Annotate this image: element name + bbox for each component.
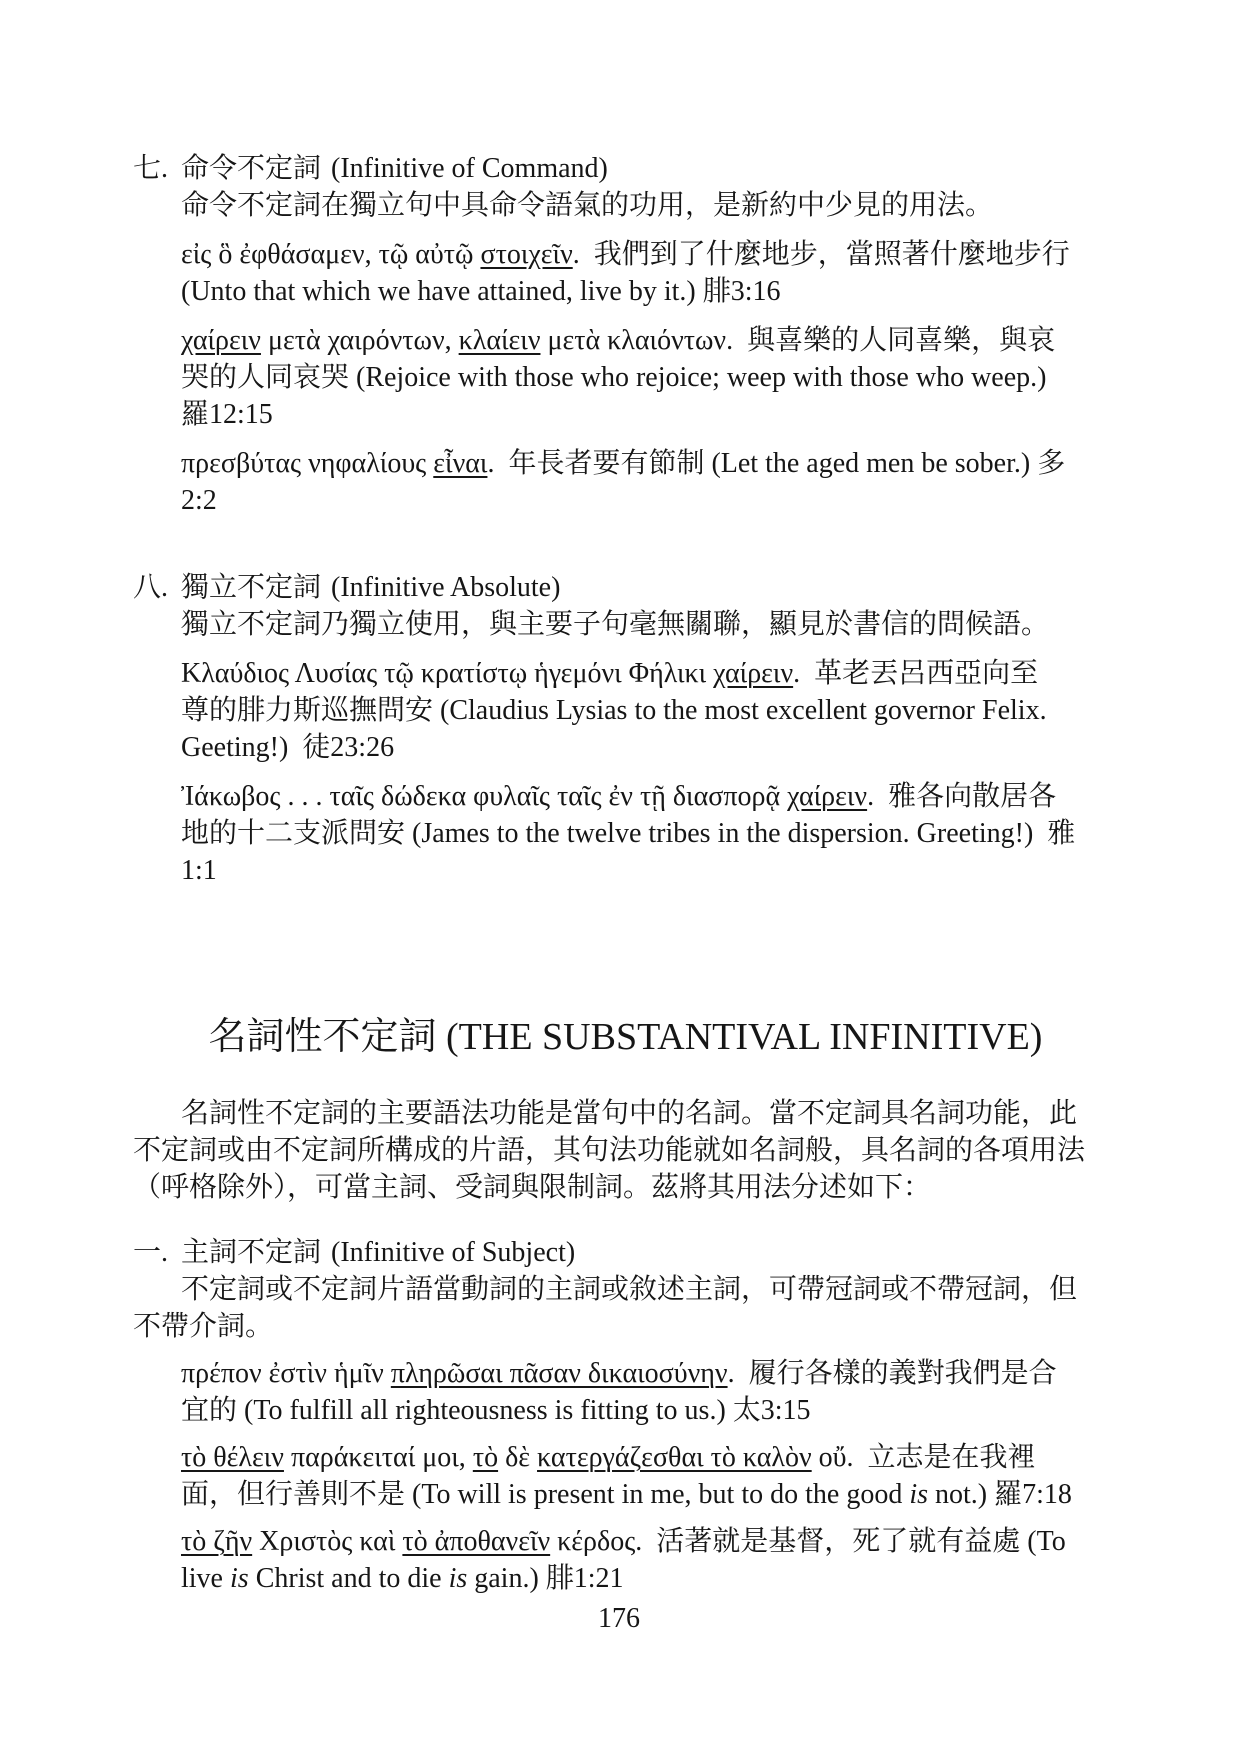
text-run: 哭的人同哀哭 (Rejoice with those who rejoice; … [181, 362, 1046, 393]
text-run: παράκειταί μοι, [284, 1442, 473, 1473]
intro-line: 不帶介詞。 [133, 1308, 1118, 1345]
text-run: πρέπον ἐστὶν ἡμῖν [181, 1358, 391, 1389]
example-line: Ἰάκωβος . . . ταῖς δώδεκα φυλαῖς ταῖς ἐν… [181, 778, 1118, 815]
chapter-heading: 名詞性不定詞 (THE SUBSTANTIVAL INFINITIVE) [133, 1013, 1118, 1061]
underlined-text-run: τὸ ζῆν [181, 1526, 252, 1557]
section-title-zh: 獨立不定詞 [181, 572, 321, 603]
text-run: εἰς ὃ ἐφθάσαμεν, τῷ αὐτῷ [181, 239, 480, 270]
text-run: μετὰ χαιρόντων, [261, 325, 459, 356]
example-line: 1:1 [181, 852, 1118, 889]
example-paragraph: πρέπον ἐστὶν ἡμῖν πληρῶσαι πᾶσαν δικαιοσ… [181, 1355, 1118, 1429]
section-number: 七. [133, 150, 181, 187]
underlined-text-run: τὸ [473, 1442, 498, 1473]
text-run: 1:1 [181, 855, 217, 886]
italic-text-run: is [449, 1563, 468, 1594]
text-run: (Unto that which we have attained, live … [181, 276, 781, 307]
text-run: 羅12:15 [181, 399, 273, 430]
underlined-text-run: τὸ ἀποθανεῖν [402, 1526, 550, 1557]
section-infinitive-of-command: 七.命令不定詞(Infinitive of Command) 命令不定詞在獨立句… [133, 150, 1118, 519]
example-line: 2:2 [181, 482, 1118, 519]
example-line: χαίρειν μετὰ χαιρόντων, κλαίειν μετὰ κλα… [181, 322, 1118, 359]
section-intro: 命令不定詞在獨立句中具命令語氣的功用，是新約中少見的用法。 [133, 187, 1118, 224]
text-run: οὔ. 立志是在我裡 [812, 1442, 1036, 1473]
text-run: κέρδος. 活著就是基督，死了就有益處 (To [550, 1526, 1066, 1557]
text-run: Κλαύδιος Λυσίας τῷ κρατίστῳ ἡγεμόνι Φήλι… [181, 658, 713, 689]
section-infinitive-absolute: 八.獨立不定詞(Infinitive Absolute) 獨立不定詞乃獨立使用，… [133, 569, 1118, 889]
section-heading: 七.命令不定詞(Infinitive of Command) [133, 150, 1118, 187]
underlined-text-run: χαίρειν [713, 658, 793, 689]
example-line: Geeting!) 徒23:26 [181, 729, 1118, 766]
example-paragraph: εἰς ὃ ἐφθάσαμεν, τῷ αὐτῷ στοιχεῖν. 我們到了什… [181, 236, 1118, 310]
example-line: πρέπον ἐστὶν ἡμῖν πληρῶσαι πᾶσαν δικαιοσ… [181, 1355, 1118, 1392]
text-run: . 履行各樣的義對我們是合 [728, 1358, 1057, 1389]
example-line: 尊的腓力斯巡撫問安 (Claudius Lysias to the most e… [181, 692, 1118, 729]
section-title-zh: 命令不定詞 [181, 153, 321, 184]
example-paragraph: χαίρειν μετὰ χαιρόντων, κλαίειν μετὰ κλα… [181, 322, 1118, 433]
section-number: 八. [133, 569, 181, 606]
example-line: τὸ θέλειν παράκειταί μοι, τὸ δὲ κατεργάζ… [181, 1439, 1118, 1476]
text-run: Geeting!) 徒23:26 [181, 732, 394, 763]
section-heading: 八.獨立不定詞(Infinitive Absolute) [133, 569, 1118, 606]
example-line: 地的十二支派問安 (James to the twelve tribes in … [181, 815, 1118, 852]
section-number: 一. [133, 1234, 181, 1271]
section-title-zh: 主詞不定詞 [181, 1237, 321, 1268]
paragraph-line: 不定詞或由不定詞所構成的片語，其句法功能就如名詞般，具名詞的各項用法 [133, 1132, 1118, 1169]
paragraph-line: （呼格除外），可當主詞、受詞與限制詞。茲將其用法分述如下： [133, 1169, 1118, 1206]
section-infinitive-of-subject: 一.主詞不定詞(Infinitive of Subject) 不定詞或不定詞片語… [133, 1234, 1118, 1597]
text-run: . 年長者要有節制 (Let the aged men be sober.) 多 [487, 448, 1065, 479]
example-line: live is Christ and to die is gain.) 腓1:2… [181, 1560, 1118, 1597]
intro-line: 不定詞或不定詞片語當動詞的主詞或敘述主詞，可帶冠詞或不帶冠詞，但 [133, 1271, 1118, 1308]
italic-text-run: is [909, 1479, 928, 1510]
example-line: 宜的 (To fulfill all righteousness is fitt… [181, 1392, 1118, 1429]
text-run: 宜的 (To fulfill all righteousness is fitt… [181, 1395, 811, 1426]
intro-line: 獨立不定詞乃獨立使用，與主要子句毫無關聯，顯見於書信的問候語。 [133, 606, 1118, 643]
content-area: 七.命令不定詞(Infinitive of Command) 命令不定詞在獨立句… [133, 150, 1118, 1597]
section-intro: 不定詞或不定詞片語當動詞的主詞或敘述主詞，可帶冠詞或不帶冠詞，但 不帶介詞。 [133, 1271, 1118, 1345]
text-run: 2:2 [181, 485, 217, 516]
underlined-text-run: πληρῶσαι πᾶσαν δικαιοσύνην [391, 1358, 728, 1389]
text-run: gain.) 腓1:21 [467, 1563, 623, 1594]
example-line: (Unto that which we have attained, live … [181, 273, 1118, 310]
text-run: . 我們到了什麼地步，當照著什麼地步行 [573, 239, 1070, 270]
document-page: 七.命令不定詞(Infinitive of Command) 命令不定詞在獨立句… [0, 0, 1238, 1750]
underlined-text-run: στοιχεῖν [480, 239, 572, 270]
text-run: . 革老丟呂西亞向至 [793, 658, 1038, 689]
example-line: πρεσβύτας νηφαλίους εἶναι. 年長者要有節制 (Let … [181, 445, 1118, 482]
underlined-text-run: χαίρειν [181, 325, 261, 356]
example-line: 面，但行善則不是 (To will is present in me, but … [181, 1476, 1118, 1513]
text-run: live [181, 1563, 230, 1594]
example-paragraph: πρεσβύτας νηφαλίους εἶναι. 年長者要有節制 (Let … [181, 445, 1118, 519]
underlined-text-run: κατεργάζεσθαι τὸ καλὸν [537, 1442, 812, 1473]
example-paragraph: Κλαύδιος Λυσίας τῷ κρατίστῳ ἡγεμόνι Φήλι… [181, 655, 1118, 766]
italic-text-run: is [230, 1563, 249, 1594]
example-paragraph: Ἰάκωβος . . . ταῖς δώδεκα φυλαῖς ταῖς ἐν… [181, 778, 1118, 889]
example-line: τὸ ζῆν Χριστὸς καὶ τὸ ἀποθανεῖν κέρδος. … [181, 1523, 1118, 1560]
example-paragraph: τὸ θέλειν παράκειταί μοι, τὸ δὲ κατεργάζ… [181, 1439, 1118, 1513]
paragraph-line: 名詞性不定詞的主要語法功能是當句中的名詞。當不定詞具名詞功能，此 [133, 1095, 1118, 1132]
section-title-en: (Infinitive Absolute) [331, 572, 560, 603]
example-line: 哭的人同哀哭 (Rejoice with those who rejoice; … [181, 359, 1118, 396]
section-title-en: (Infinitive of Command) [331, 153, 608, 184]
section-intro: 獨立不定詞乃獨立使用，與主要子句毫無關聯，顯見於書信的問候語。 [133, 606, 1118, 643]
text-run: Χριστὸς καὶ [252, 1526, 402, 1557]
section-title-en: (Infinitive of Subject) [331, 1237, 575, 1268]
text-run: 面，但行善則不是 (To will is present in me, but … [181, 1479, 909, 1510]
text-run: μετὰ κλαιόντων. 與喜樂的人同喜樂，與哀 [540, 325, 1055, 356]
text-run: 地的十二支派問安 (James to the twelve tribes in … [181, 818, 1075, 849]
text-run: πρεσβύτας νηφαλίους [181, 448, 433, 479]
example-paragraph: τὸ ζῆν Χριστὸς καὶ τὸ ἀποθανεῖν κέρδος. … [181, 1523, 1118, 1597]
text-run: 尊的腓力斯巡撫問安 (Claudius Lysias to the most e… [181, 695, 1047, 726]
text-run: not.) 羅7:18 [928, 1479, 1072, 1510]
underlined-text-run: τὸ θέλειν [181, 1442, 284, 1473]
page-number: 176 [0, 1600, 1238, 1637]
intro-line: 命令不定詞在獨立句中具命令語氣的功用，是新約中少見的用法。 [133, 187, 1118, 224]
text-run: Christ and to die [249, 1563, 449, 1594]
section-heading: 一.主詞不定詞(Infinitive of Subject) [133, 1234, 1118, 1271]
example-line: 羅12:15 [181, 396, 1118, 433]
chapter-intro-paragraph: 名詞性不定詞的主要語法功能是當句中的名詞。當不定詞具名詞功能，此 不定詞或由不定… [133, 1095, 1118, 1206]
underlined-text-run: χαίρειν [787, 781, 867, 812]
example-line: εἰς ὃ ἐφθάσαμεν, τῷ αὐτῷ στοιχεῖν. 我們到了什… [181, 236, 1118, 273]
underlined-text-run: κλαίειν [459, 325, 541, 356]
underlined-text-run: εἶναι [433, 448, 487, 479]
text-run: . 雅各向散居各 [867, 781, 1056, 812]
example-line: Κλαύδιος Λυσίας τῷ κρατίστῳ ἡγεμόνι Φήλι… [181, 655, 1118, 692]
text-run: Ἰάκωβος . . . ταῖς δώδεκα φυλαῖς ταῖς ἐν… [181, 781, 787, 812]
text-run: δὲ [498, 1442, 537, 1473]
